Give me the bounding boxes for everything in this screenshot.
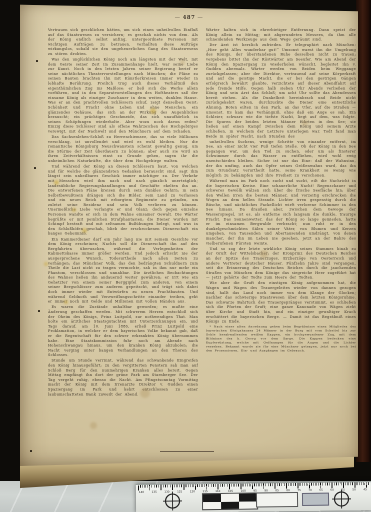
registration-target-icon <box>163 491 182 510</box>
ink-speck <box>34 167 36 169</box>
end-rule <box>160 451 214 452</box>
paragraph: Und während der König an diesen Schlösse… <box>48 165 198 237</box>
paragraph: Es waren die Zustände unhaltbar geworden… <box>48 305 198 358</box>
ink-speck <box>30 450 32 452</box>
footnote: * Nach einer alten Anordnung gehen beim … <box>206 325 356 353</box>
paragraph: Was den unglücklichen König noch am läng… <box>48 58 198 135</box>
book-cover-edge <box>356 0 371 462</box>
ruler-number: 45 <box>363 488 366 491</box>
ruler-number: 70 <box>308 488 311 491</box>
paragraph: Vertrauen sich geschlichen hätten, um si… <box>48 28 198 57</box>
paragraph: Der Arzt ist herzlich zufrieden. Er tele… <box>206 43 356 139</box>
paragraph: Wie aber die Gruft den einstigen König a… <box>206 281 356 324</box>
paragraph: unheilvollen Suchens, wenige Schritte vo… <box>206 140 356 178</box>
photo-scale-ruler: 1401351301251201151101051009590858075706… <box>136 481 371 512</box>
right-column: Wärter halten sich in ehrerbietiger Entf… <box>206 28 356 449</box>
ruler-number: 120 <box>190 490 195 493</box>
checkerboard-patch <box>202 493 258 511</box>
registration-target-icon <box>332 489 351 508</box>
ink-speck <box>38 310 40 312</box>
paragraph: Während man im Park noch sucht und sucht… <box>206 179 356 246</box>
ruler-number: 135 <box>152 490 157 493</box>
archival-photo: — 487 — Vertrauen sich geschlichen hätte… <box>0 0 371 512</box>
paragraph: Wärter halten sich in ehrerbietiger Entf… <box>206 28 356 42</box>
page-number-dash: — <box>175 15 181 21</box>
text-block: Vertrauen sich geschlichen hätten, um si… <box>48 28 356 449</box>
ruler-number: 140 <box>139 490 144 493</box>
checker-cell <box>239 501 257 509</box>
white-calibration-patch <box>256 492 298 508</box>
paragraph: Stunde um Stunde verrinnt, während das s… <box>48 359 198 397</box>
checker-cell <box>203 501 221 509</box>
checker-cell <box>221 501 239 509</box>
paragraph: Und so zog der letzte wirkliche König se… <box>206 247 356 281</box>
book-page: — 487 — Vertrauen sich geschlichen hätte… <box>20 2 358 466</box>
ruler-number: 50 <box>352 488 355 491</box>
left-column-text: Vertrauen sich geschlichen hätten, um si… <box>48 28 198 449</box>
gray-calibration-patch <box>302 493 329 506</box>
ruler-number: 65 <box>319 488 322 491</box>
paragraph: Ein Kammerdiener darf ein Jahr lang nie … <box>48 237 198 304</box>
ink-speck <box>36 60 38 62</box>
paragraph: Das Sachsenlehen-Schloß zu Herrenchiemse… <box>48 135 198 164</box>
page-number-dash: — <box>198 15 204 21</box>
right-column-text: Wärter halten sich in ehrerbietiger Entf… <box>206 28 356 324</box>
left-column: Vertrauen sich geschlichen hätten, um si… <box>48 28 198 449</box>
page-number: — 487 — <box>101 15 277 21</box>
page-number-value: 487 <box>183 15 195 21</box>
